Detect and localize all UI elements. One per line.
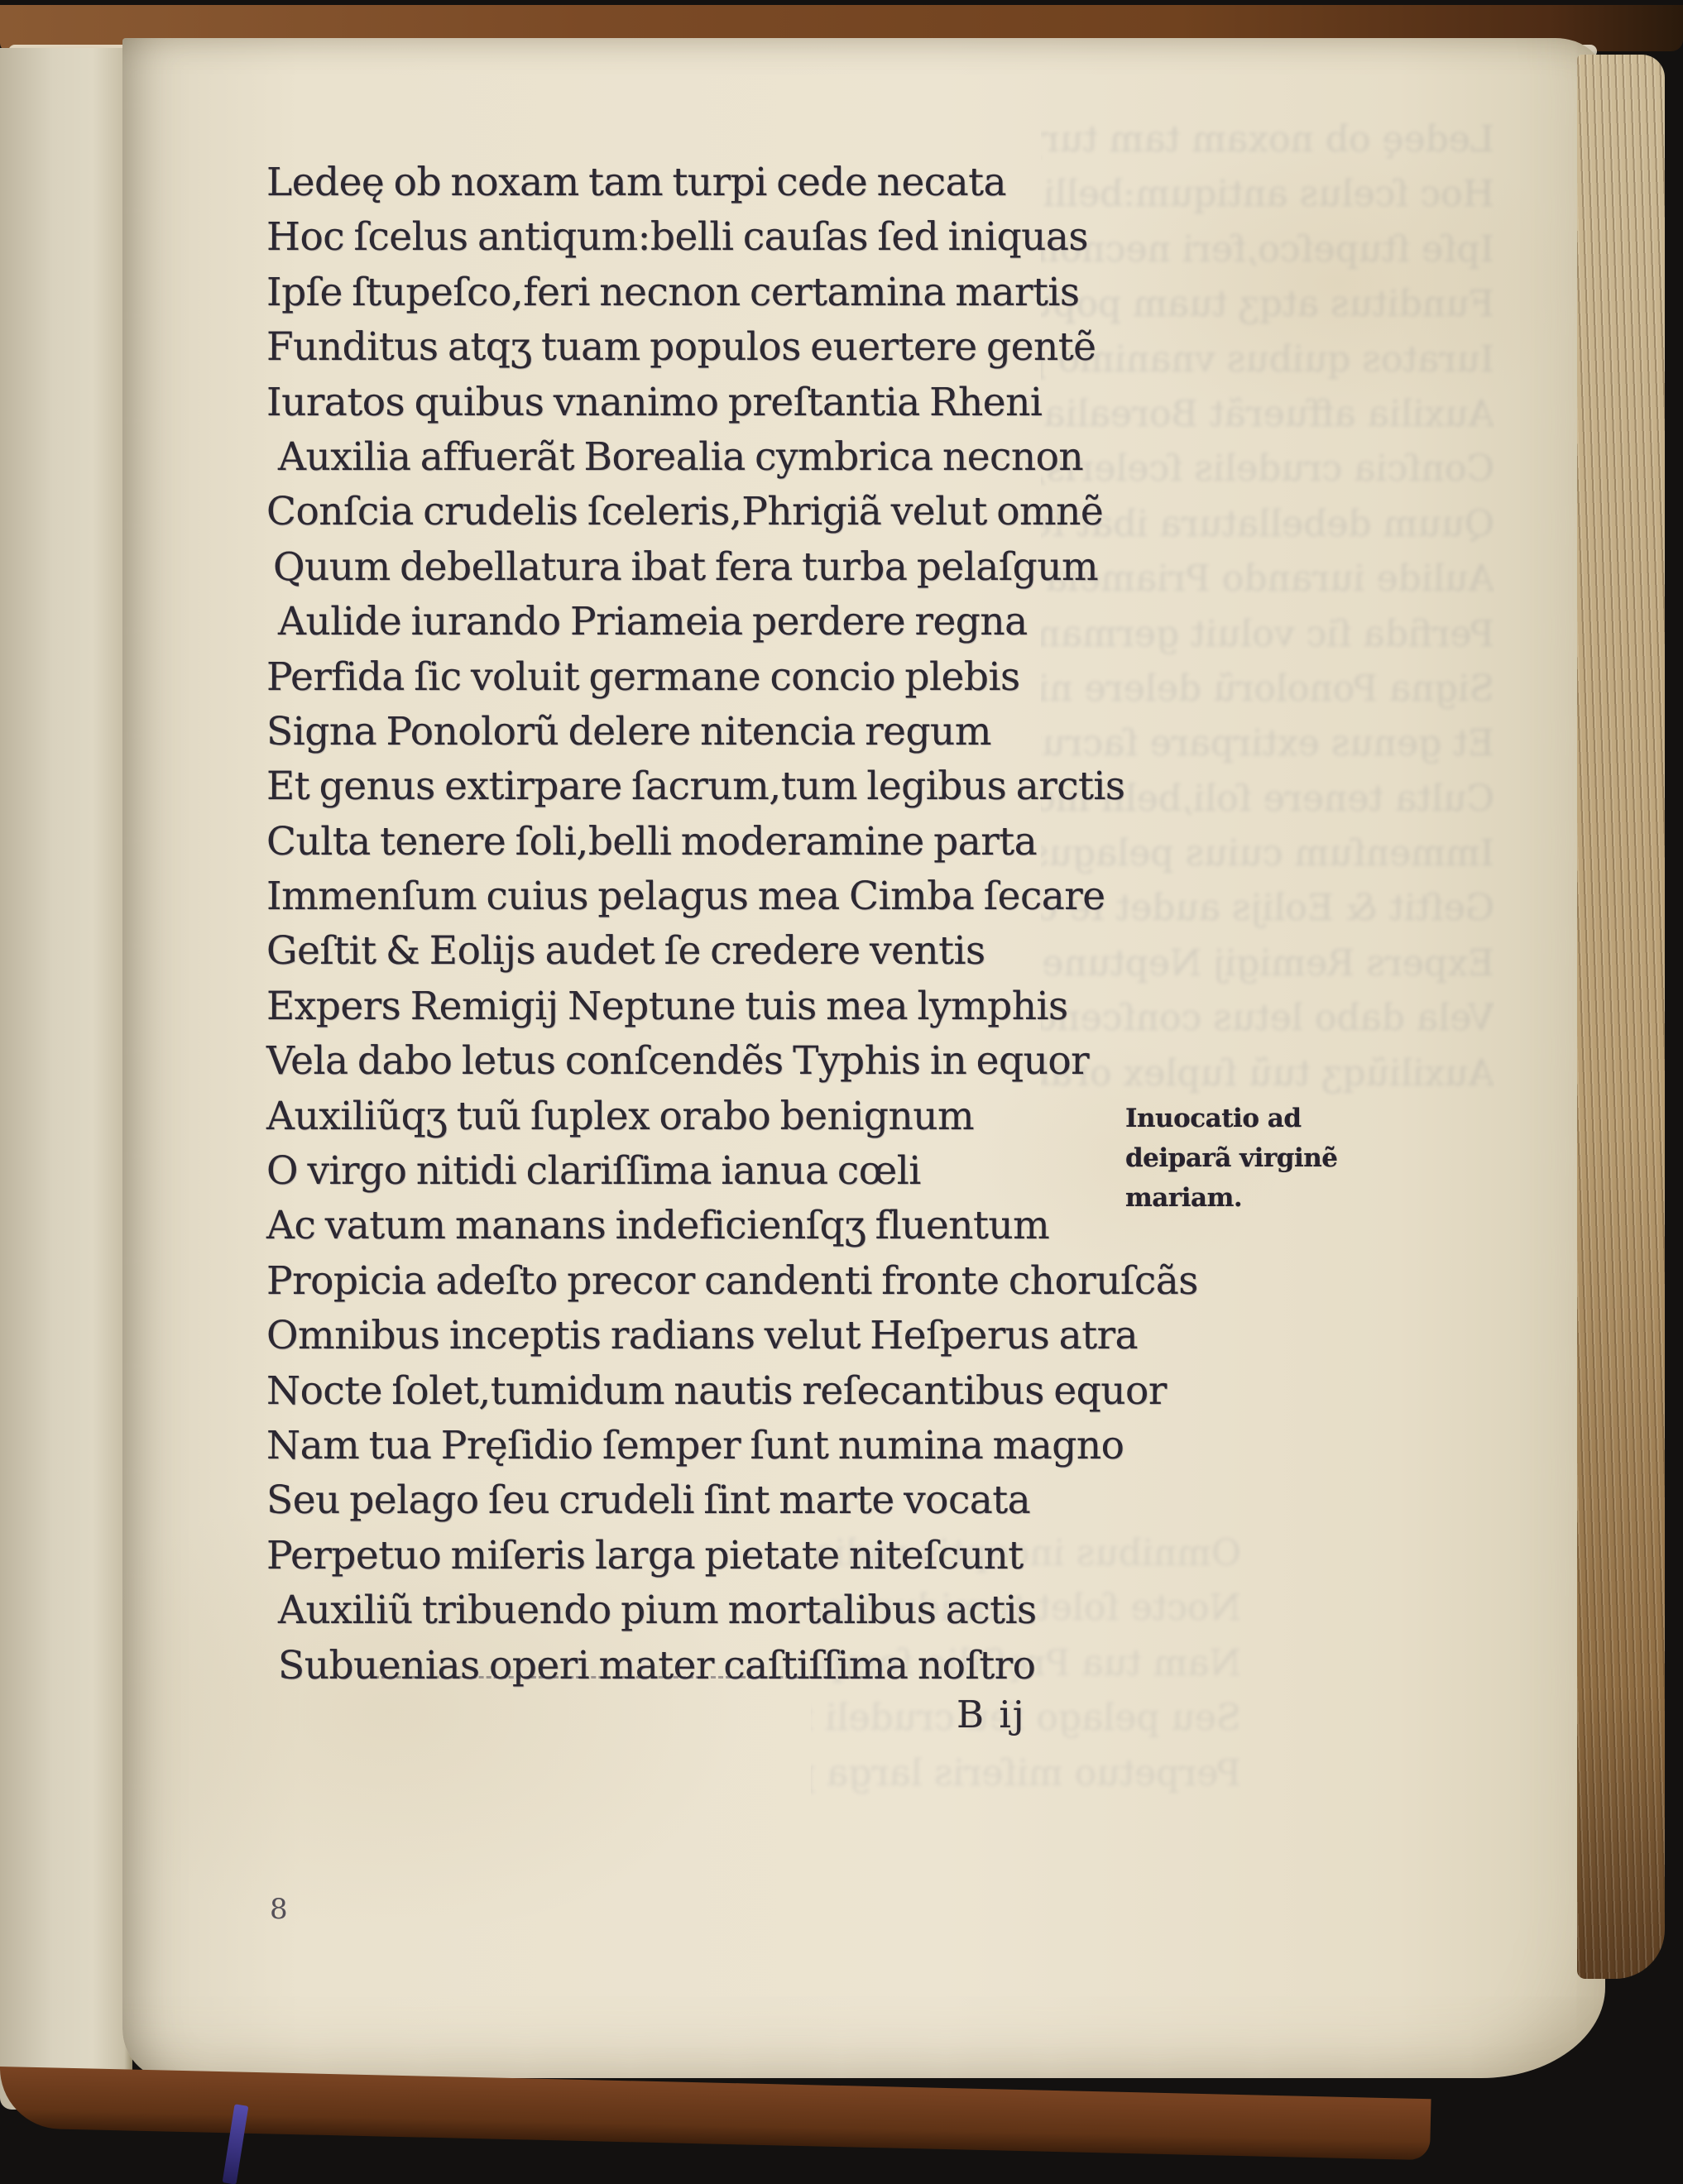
ink-offset-dashes (374, 1676, 880, 1679)
poem-line: Expers Remigij Neptune tuis mea lymphis (266, 979, 1198, 1034)
margin-note-line: Inuocatio ad (1125, 1099, 1398, 1138)
poem-line: Iuratos quibus vnanimo preſtantia Rheni (266, 376, 1198, 430)
poem-line: Perpetuo miſeris larga pietate niteſcunt (266, 1529, 1198, 1583)
poem-line: Auxiliũ tribuendo pium mortalibus actis (278, 1583, 1198, 1638)
margin-note-line: deiparã virginẽ (1125, 1138, 1398, 1178)
previous-page-edge (0, 48, 132, 2110)
poem-line: Geſtit & Eolijs audet ſe credere ventis (266, 924, 1198, 979)
poem-line: Culta tenere ſoli,belli moderamine parta (266, 815, 1198, 869)
poem-line: Conſcia crudelis ſceleris,Phrigiã velut … (266, 485, 1198, 539)
poem-line: Auxilia affuerãt Borealia cymbrica necno… (278, 430, 1198, 485)
poem-line: Vela dabo letus conſcendẽs Typhis in equ… (266, 1034, 1198, 1089)
poem-line: Nam tua Pręſidio ſemper ſunt numina magn… (266, 1419, 1198, 1473)
margin-note: Inuocatio ad deiparã virginẽ mariam. (1125, 1099, 1398, 1218)
fore-edge-page-stack (1577, 55, 1665, 1979)
poem-line: Funditus atqʒ tuam populos euertere gent… (266, 320, 1198, 375)
poem-text-block: Ledeę ob noxam tam turpi cede necata Hoc… (266, 156, 1198, 1693)
quire-signature: B ij (957, 1693, 1026, 1736)
poem-line: Subuenias operi mater caſtiſſima noſtro (278, 1639, 1198, 1693)
poem-line: Nocte ſolet,tumidum nautis reſecantibus … (266, 1364, 1198, 1419)
margin-note-line: mariam. (1125, 1178, 1398, 1218)
poem-line: Propicia adeſto precor candenti fronte c… (266, 1254, 1198, 1309)
poem-line: Immenſum cuius pelagus mea Cimba ſecare (266, 869, 1198, 924)
poem-line: Aulide iurando Priameia perdere regna (278, 595, 1198, 649)
poem-line: Ac vatum manans indeficienſqʒ fluentum (266, 1199, 1198, 1253)
leather-binding-bottom (0, 2067, 1431, 2160)
poem-line: Hoc ſcelus antiqum:belli cauſas ſed iniq… (266, 210, 1198, 265)
poem-line: O virgo nitidi clariſſima ianua cœli (266, 1144, 1198, 1199)
poem-line: Signa Ponolorũ delere nitencia regum (266, 705, 1198, 759)
poem-line: Auxiliũqʒ tuũ ſuplex orabo benignum (266, 1090, 1198, 1144)
poem-line: Perfida ſic voluit germane concio plebis (266, 650, 1198, 705)
poem-line: Ledeę ob noxam tam turpi cede necata (266, 156, 1198, 210)
book-scan: Ledeę ob noxam tam turpi cede necata Hoc… (0, 0, 1683, 2184)
poem-line: Seu pelago ſeu crudeli ſint marte vocata (266, 1473, 1198, 1528)
poem-line: Quum debellatura ibat fera turba pelaſgu… (273, 540, 1198, 595)
poem-line: Ipſe ſtupeſco,feri necnon certamina mart… (266, 266, 1198, 320)
poem-line: Omnibus inceptis radians velut Heſperus … (266, 1309, 1198, 1363)
poem-line: Et genus extirpare ſacrum,tum legibus ar… (266, 759, 1198, 814)
page-number: 8 (270, 1893, 288, 1926)
